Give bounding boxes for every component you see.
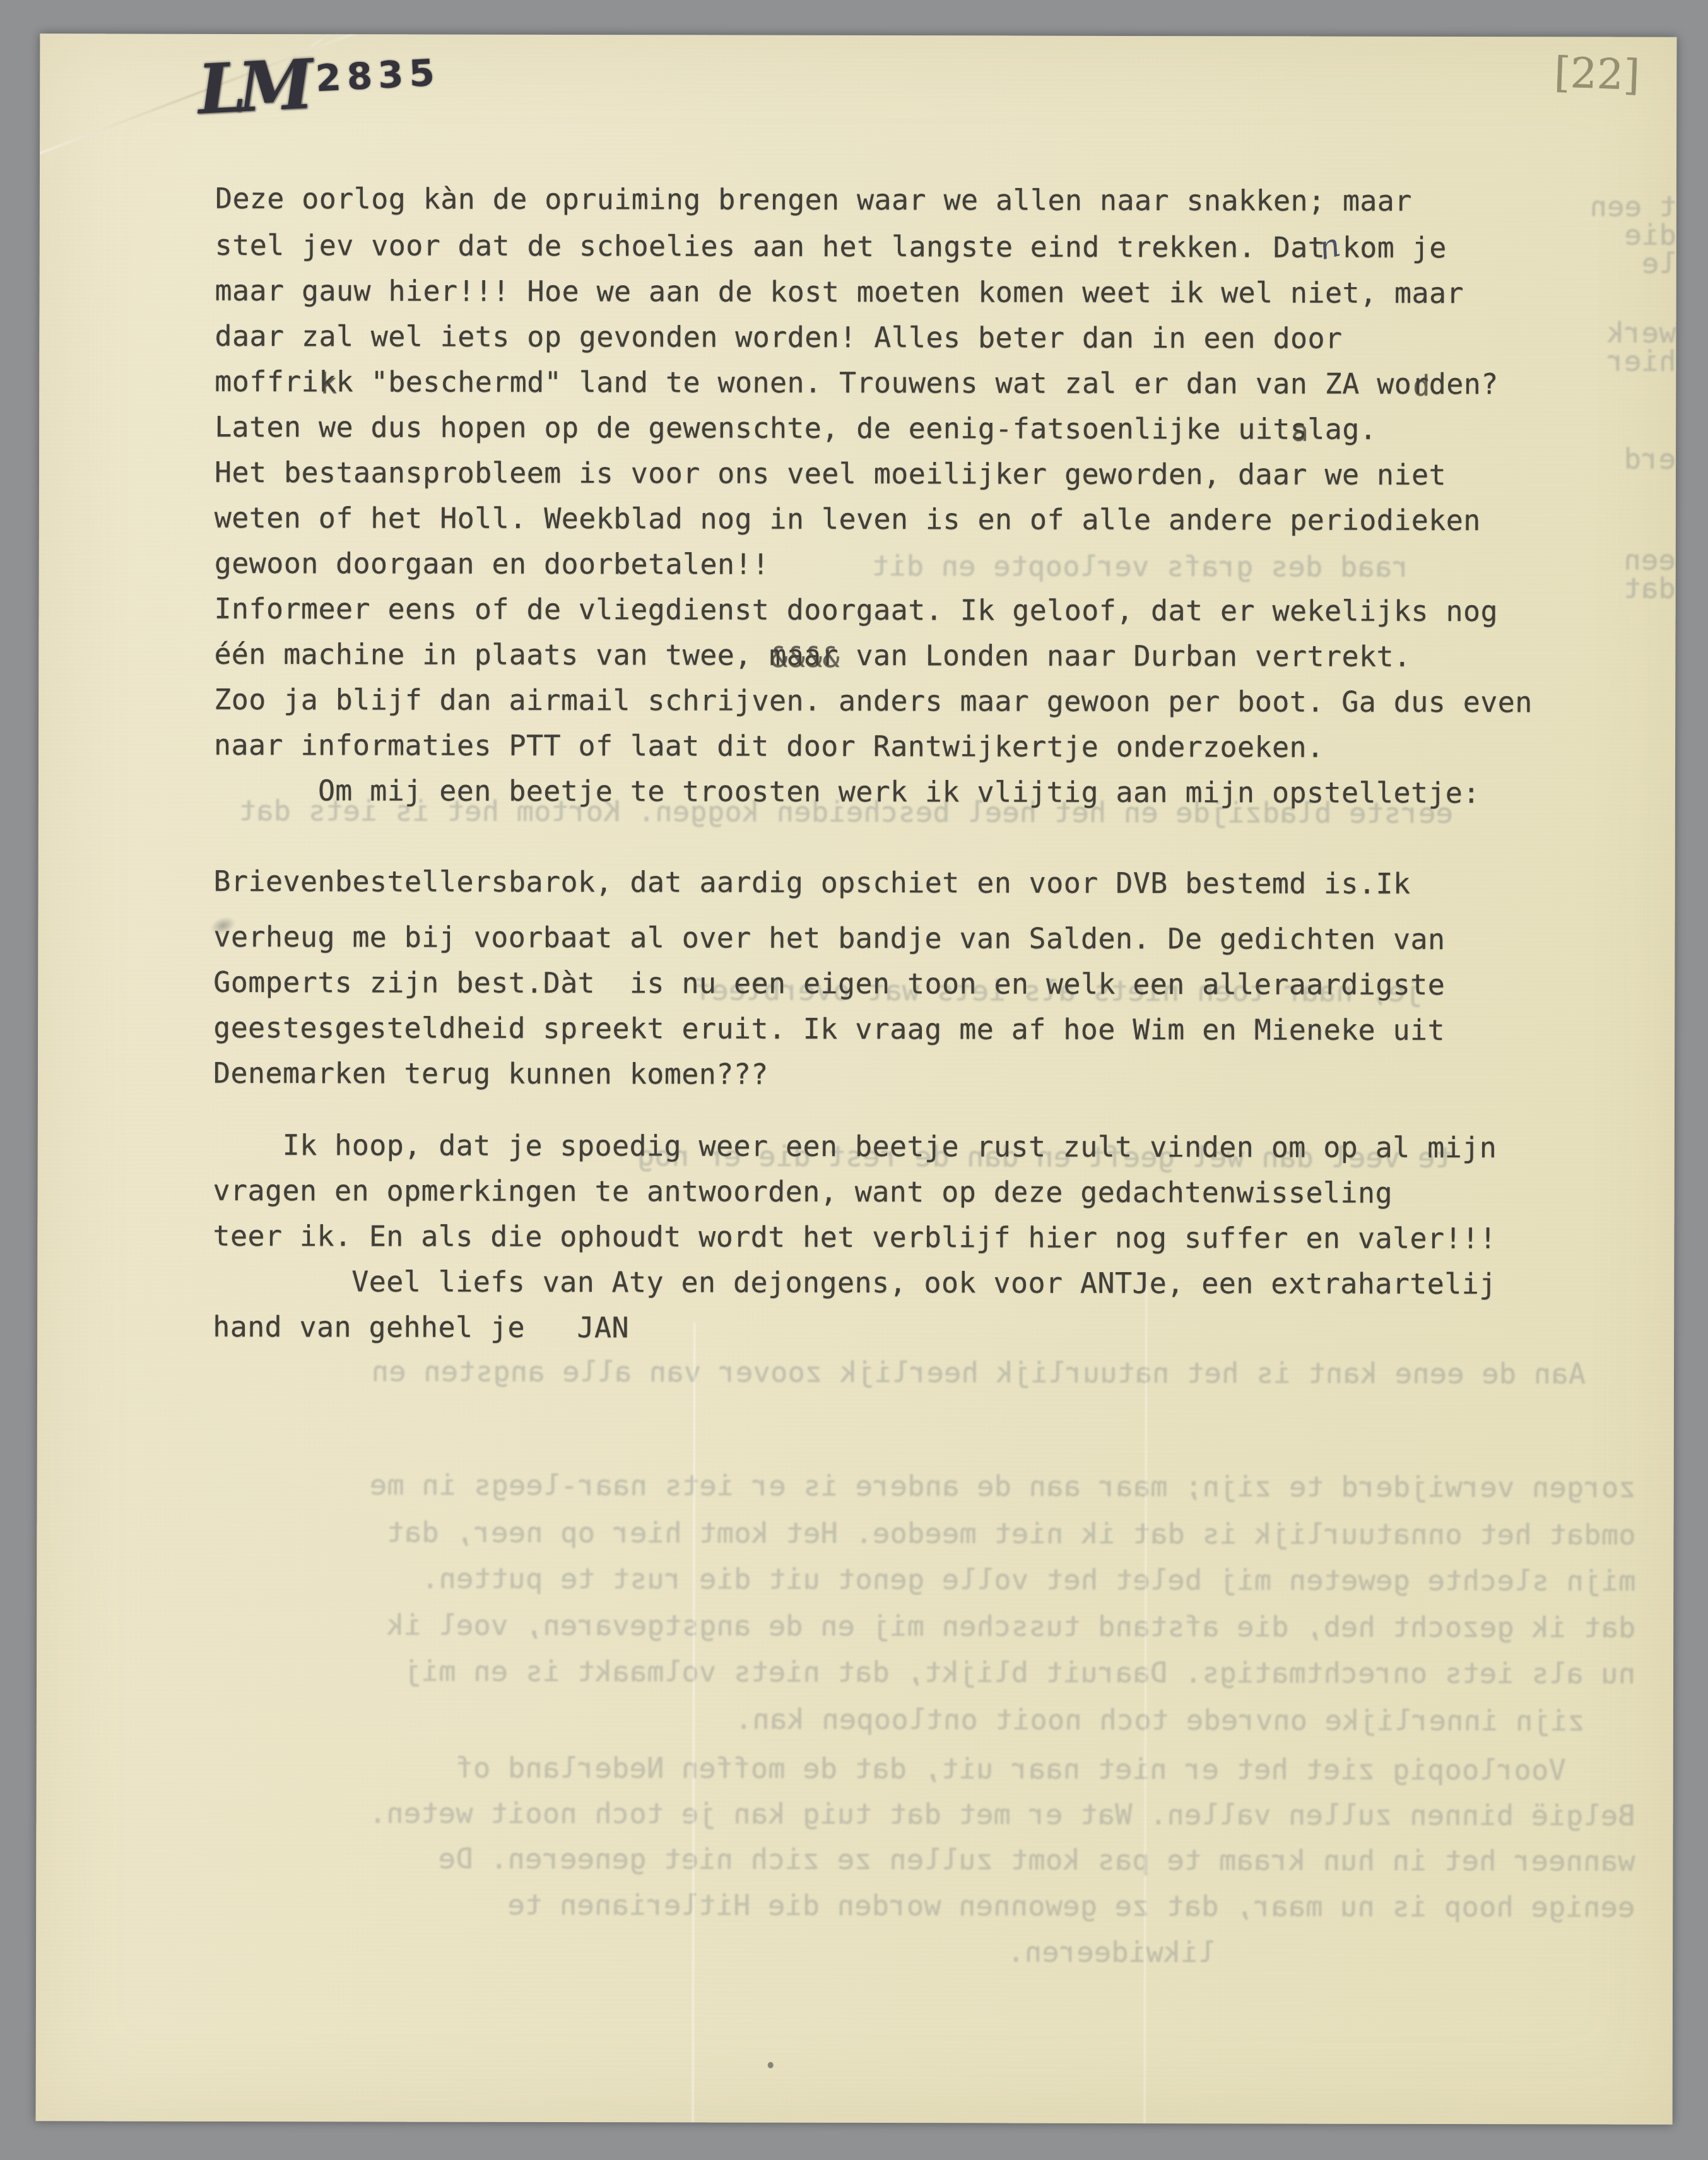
bleedthrough-line: hier [1606,344,1676,377]
paper-fold-streak [692,1322,696,2122]
letter-line: maar gauw hier!!! Hoe we aan de kost moe… [215,268,1534,316]
letter-line: Denemarken terug kunnen komen??? [213,1051,1532,1099]
letter-line: teer ik. En als die ophoudt wordt het ve… [213,1213,1531,1261]
bleedthrough-line: een [1623,543,1676,577]
archive-stamp: LM2835 [196,38,442,130]
overtyped-text: k [319,359,336,404]
typewritten-text: Deze oorlog kàn de opruiming brengen waa… [213,176,1533,1352]
bleedthrough-line: nu als iets onrechtmatigs. Daaruit blijk… [404,1655,1635,1691]
letter-line: Laten we dus hopen op de gewenschte, de … [215,404,1533,452]
letter-line: stel jev voor dat de schoelies aan het l… [215,221,1534,271]
bleedthrough-line: likwideeren. [1007,1935,1215,1969]
letter-line: Veel liefs van Aty en dejongens, ook voo… [213,1259,1531,1307]
bleedthrough-line: werk [1606,316,1676,349]
bleedthrough-line: zijn innerlijke onvrede toch nooit ontlo… [735,1703,1585,1738]
paper-fold-streak [1144,1285,1148,2123]
bleedthrough-line: Aan de eene kant is het natuurlijk heerl… [372,1354,1586,1390]
page-number-annotation: [22] [1553,48,1640,100]
letter-line: verheug me bij voorbaat al over het band… [213,914,1532,962]
letter-line: Ik hoop, dat je spoedig weer een beetje … [213,1123,1532,1171]
letter-line: Gomperts zijn best.Dàt is nu een eigen t… [213,960,1532,1008]
scan-background: { "document": { "kind": "typewritten let… [0,0,1708,2160]
letter-line: Informeer eens of de vliegdienst doorgaa… [214,586,1533,634]
letter-line: geestesgesteldheid spreekt eruit. Ik vra… [213,1005,1532,1053]
bleedthrough-line: Voorloopig ziet het er niet naar uit, da… [456,1751,1566,1787]
bleedthrough-line: eenige hoop is nu maar, dat ze gewonnen … [507,1888,1635,1924]
overtyped-text: rd [1411,362,1446,407]
bleedthrough-line: die [1624,218,1676,252]
letter-line: vragen en opmerkingen te antwoorden, wan… [213,1168,1532,1216]
letter-line: Zoo ja blijf dan airmail schrijven. ande… [214,677,1533,725]
letter-line: gewoon doorgaan en doorbetalen!! [215,541,1533,589]
bleedthrough-line: dat ik gezocht heb, die afstand tusschen… [387,1608,1636,1644]
stamp-monogram: LM [196,45,308,129]
stamp-number: 2835 [315,51,442,100]
bleedthrough-line: mijn slechte geweten mij belet het volle… [421,1562,1636,1598]
ink-dot [768,2062,774,2069]
bleedthrough-line: erd [1624,442,1676,476]
bleedthrough-line: t een [1589,189,1676,223]
letter-line: weten of het Holl. Weekblad nog in leven… [215,495,1533,543]
bleedthrough-line: omdat het onnatuurlijk is dat ik niet me… [387,1515,1636,1551]
letter-line: moffrikk "beschermd" land te wonen. Trou… [215,359,1533,407]
letter-line: hand van gehhel je JAN [213,1304,1531,1352]
bleedthrough-line: België binnen zullen vallen. Wat er met … [369,1796,1635,1832]
bleedthrough-line: dat [1623,572,1676,605]
letter-line: daar zal wel iets op gevonden worden! Al… [215,314,1533,362]
letter-line: Brievenbestellersbarok, dat aardig opsch… [214,859,1533,907]
letter-page: t eendielewerkhiererdeendatraad des graf… [36,33,1677,2124]
letter-line: één machine in plaats van twee, maar van… [214,632,1533,680]
letter-line: Om mij een beetje te troosten werk ik vl… [214,768,1533,816]
letter-line: Deze oorlog kàn de opruiming brengen waa… [215,176,1534,224]
overtyped-text: s [1290,406,1308,452]
bleedthrough-line: wanneer het in hun kraam te pas komt zul… [438,1842,1635,1878]
letter-line: naar informaties PTT of laat dit door Ra… [214,723,1533,770]
bleedthrough-line: zorgen verwijderd te zijn; maar aan de a… [370,1468,1636,1504]
overtyped-text: maar [769,633,839,678]
bleedthrough-line: le [1642,247,1676,280]
pen-correction: n [1314,228,1324,272]
letter-line: Het bestaansprobleem is voor ons veel mo… [215,450,1533,498]
